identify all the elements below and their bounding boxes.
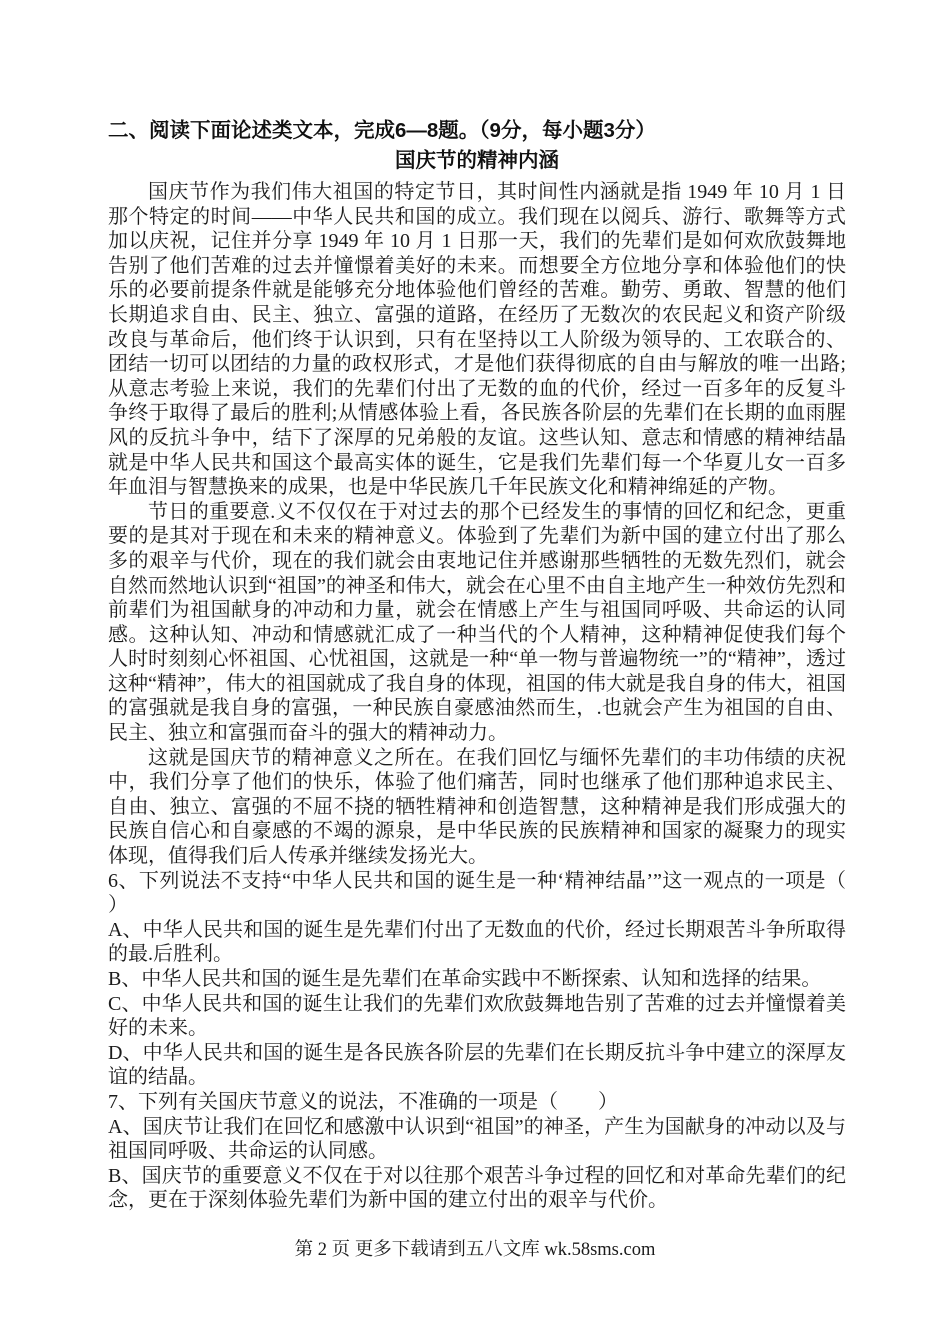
question-6-stem: 6、下列说法不支持“中华人民共和国的诞生是一种‘精神结晶’”这一观点的一项是（ … bbox=[108, 869, 846, 918]
article-title: 国庆节的精神内涵 bbox=[108, 148, 846, 174]
article-paragraph-3: 这就是国庆节的精神意义之所在。在我们回忆与缅怀先辈们的丰功伟绩的庆祝中，我们分享… bbox=[108, 746, 846, 869]
question-6-option-c: C、中华人民共和国的诞生让我们的先辈们欢欣鼓舞地告别了苦难的过去并憧憬着美好的未… bbox=[108, 992, 846, 1041]
section-heading: 二、阅读下面论述类文本，完成6—8题。（9分，每小题3分） bbox=[108, 118, 846, 144]
document-content: 二、阅读下面论述类文本，完成6—8题。（9分，每小题3分） 国庆节的精神内涵 国… bbox=[108, 118, 846, 1213]
question-6-option-b: B、中华人民共和国的诞生是先辈们在革命实践中不断探索、认知和选择的结果。 bbox=[108, 967, 846, 992]
question-7-option-b: B、国庆节的重要意义不仅在于对以往那个艰苦斗争过程的回忆和对革命先辈们的纪念，更… bbox=[108, 1164, 846, 1213]
question-6-option-a: A、中华人民共和国的诞生是先辈们付出了无数血的代价，经过长期艰苦斗争所取得的最.… bbox=[108, 918, 846, 967]
question-6-option-d: D、中华人民共和国的诞生是各民族各阶层的先辈们在长期反抗斗争中建立的深厚友谊的结… bbox=[108, 1041, 846, 1090]
article-paragraph-1: 国庆节作为我们伟大祖国的特定节日，其时间性内涵就是指 1949 年 10 月 1… bbox=[108, 180, 846, 500]
question-7-stem: 7、下列有关国庆节意义的说法，不准确的一项是（ ） bbox=[108, 1090, 846, 1115]
page-footer: 第 2 页 更多下载请到五八文库 wk.58sms.com bbox=[0, 1238, 950, 1262]
article-paragraph-2: 节日的重要意.义不仅仅在于对过去的那个已经发生的事情的回忆和纪念，更重要的是其对… bbox=[108, 500, 846, 746]
question-7-option-a: A、国庆节让我们在回忆和感激中认识到“祖国”的神圣，产生为国献身的冲动以及与祖国… bbox=[108, 1115, 846, 1164]
